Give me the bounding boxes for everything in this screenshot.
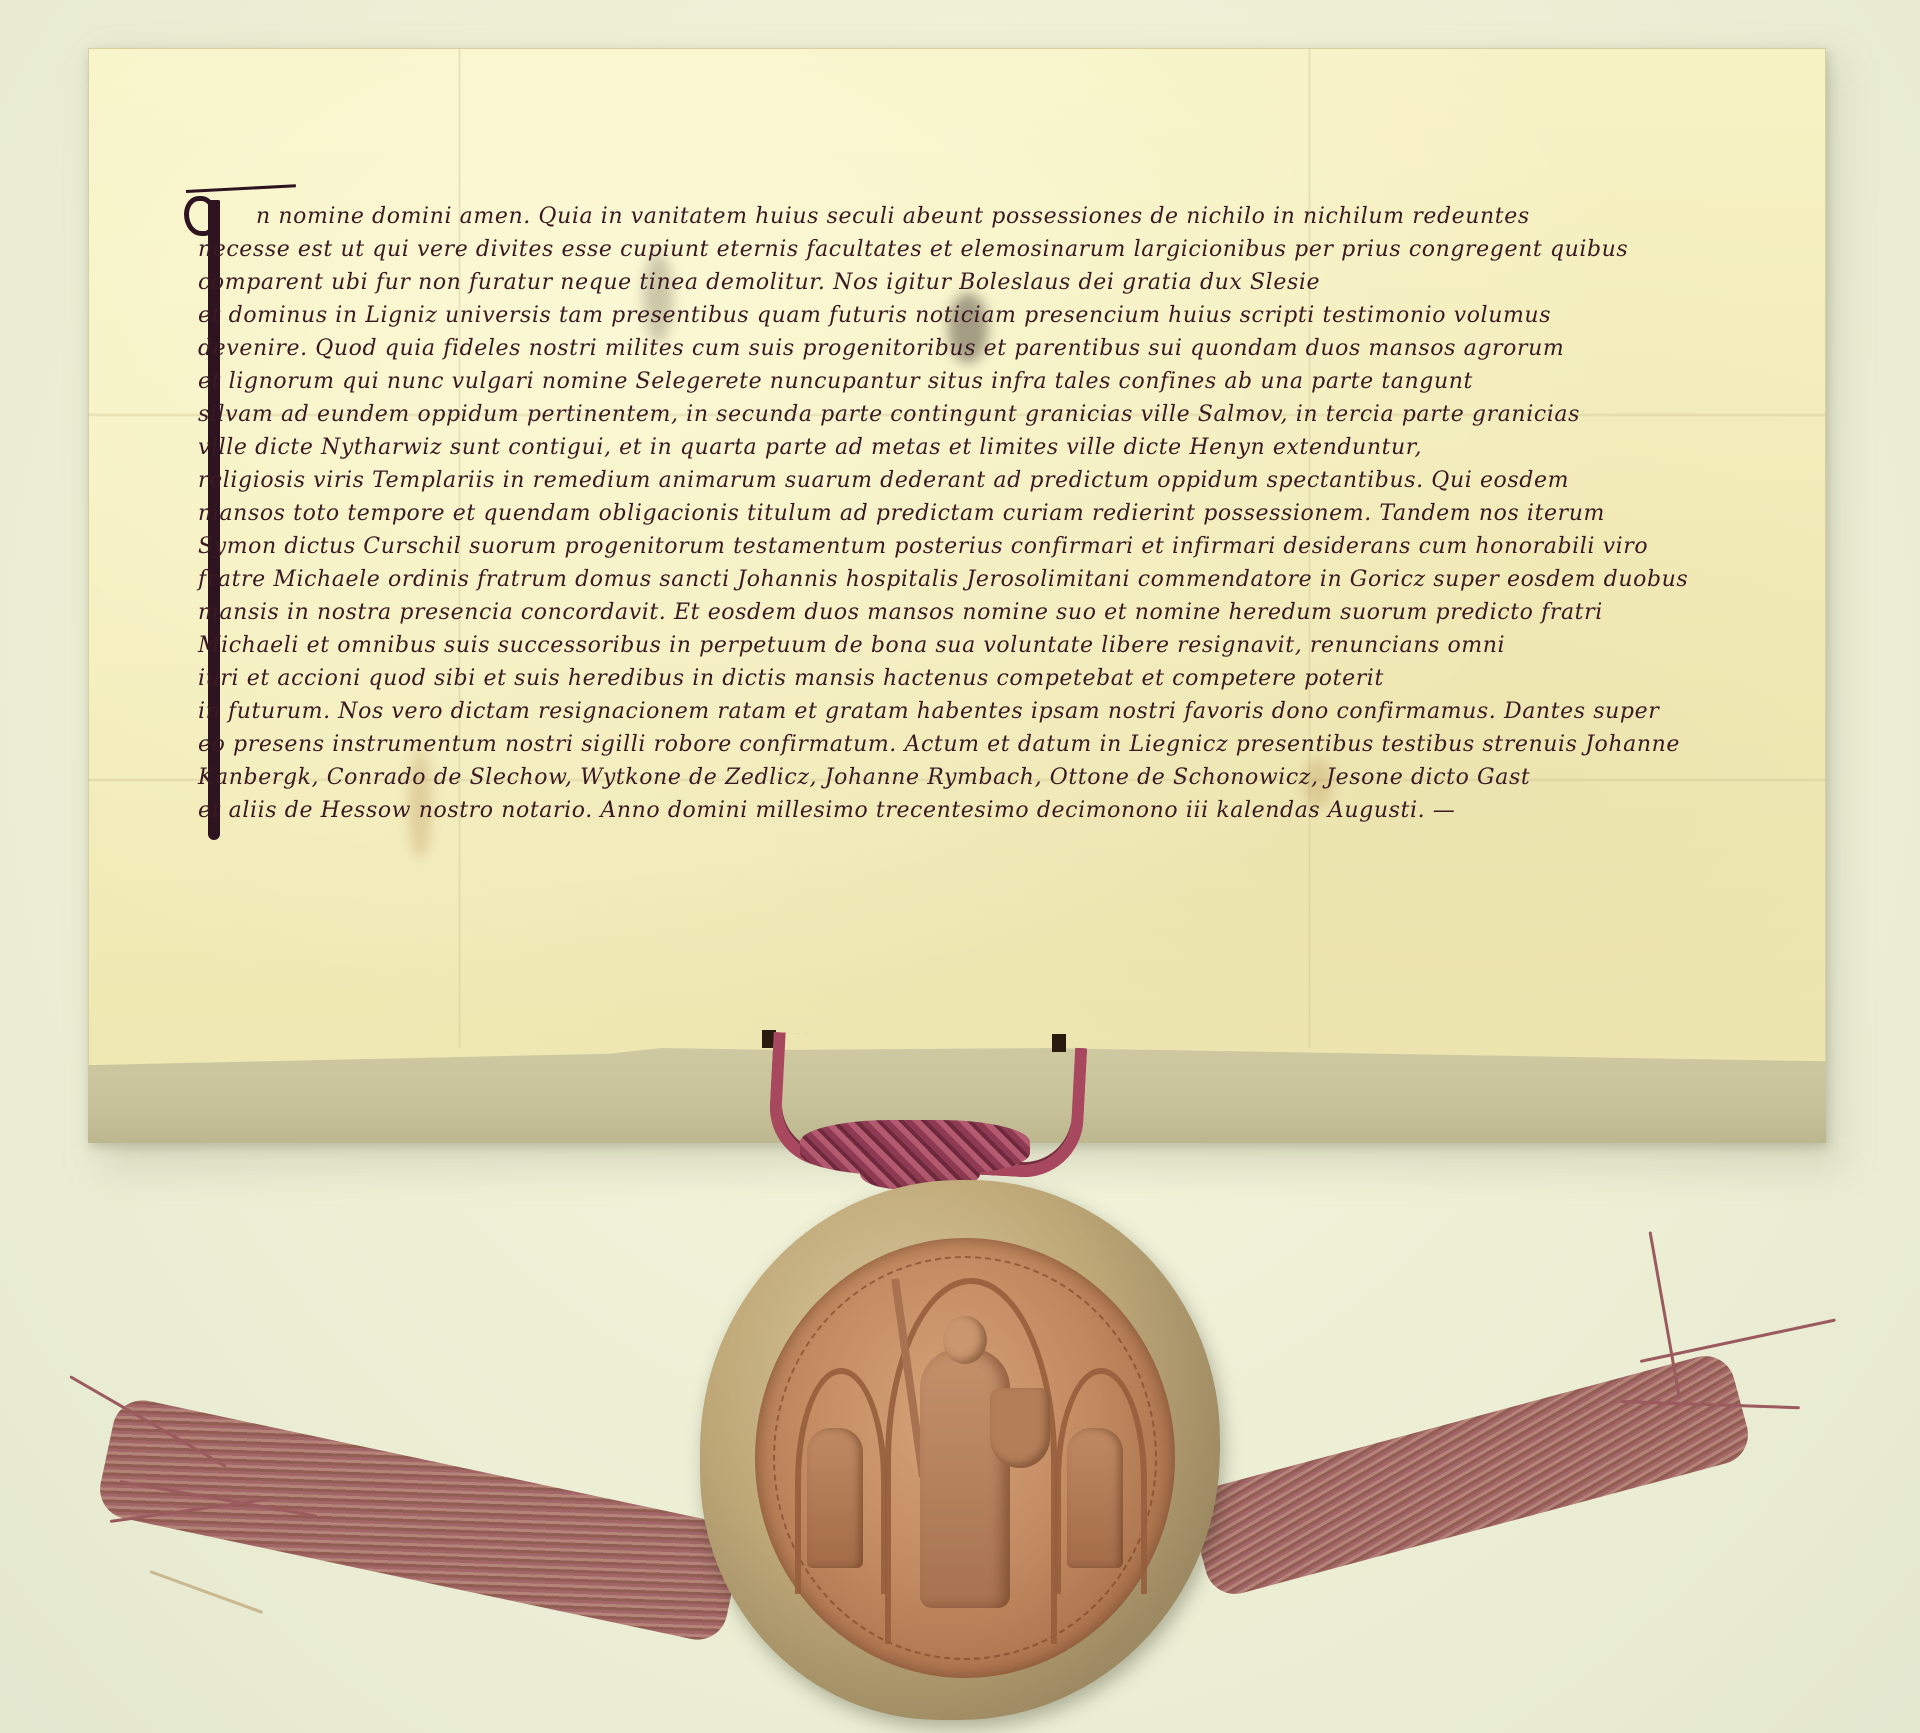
text-line: Michaeli et omnibus suis successoribus i… (198, 629, 1728, 662)
wax-seal (700, 1180, 1220, 1720)
text-line: Symon dictus Curschil suorum progenitoru… (198, 530, 1728, 563)
text-line: mansos toto tempore et quendam obligacio… (198, 497, 1728, 530)
text-line: et lignorum qui nunc vulgari nomine Sele… (198, 365, 1728, 398)
charter-text: n nomine domini amen. Quia in vanitatem … (198, 200, 1728, 827)
text-line: ville dicte Nytharwiz sunt contigui, et … (198, 431, 1728, 464)
text-line: comparent ubi fur non furatur neque tine… (198, 266, 1728, 299)
text-line: necesse est ut qui vere divites esse cup… (198, 233, 1728, 266)
text-line: n nomine domini amen. Quia in vanitatem … (198, 200, 1728, 233)
text-line: in futurum. Nos vero dictam resignacione… (198, 695, 1728, 728)
text-line: silvam ad eundem oppidum pertinentem, in… (198, 398, 1728, 431)
text-line: iuri et accioni quod sibi et suis heredi… (198, 662, 1728, 695)
seal-shield (990, 1388, 1050, 1468)
text-line: fratre Michaele ordinis fratrum domus sa… (198, 563, 1728, 596)
text-line: et dominus in Ligniz universis tam prese… (198, 299, 1728, 332)
seal-side-figure-right (1067, 1428, 1123, 1568)
text-line: devenire. Quod quia fideles nostri milit… (198, 332, 1728, 365)
text-line: mansis in nostra presencia concordavit. … (198, 596, 1728, 629)
text-line: eo presens instrumentum nostri sigilli r… (198, 728, 1728, 761)
text-line: religiosis viris Templariis in remedium … (198, 464, 1728, 497)
seal-side-figure-left (807, 1428, 863, 1568)
seal-figure-head (943, 1316, 987, 1364)
seal-figure (920, 1348, 1010, 1608)
text-line: et aliis de Hessow nostro notario. Anno … (198, 794, 1728, 827)
text-line: Kanbergk, Conrado de Slechow, Wytkone de… (198, 761, 1728, 794)
seal-face (755, 1238, 1175, 1678)
